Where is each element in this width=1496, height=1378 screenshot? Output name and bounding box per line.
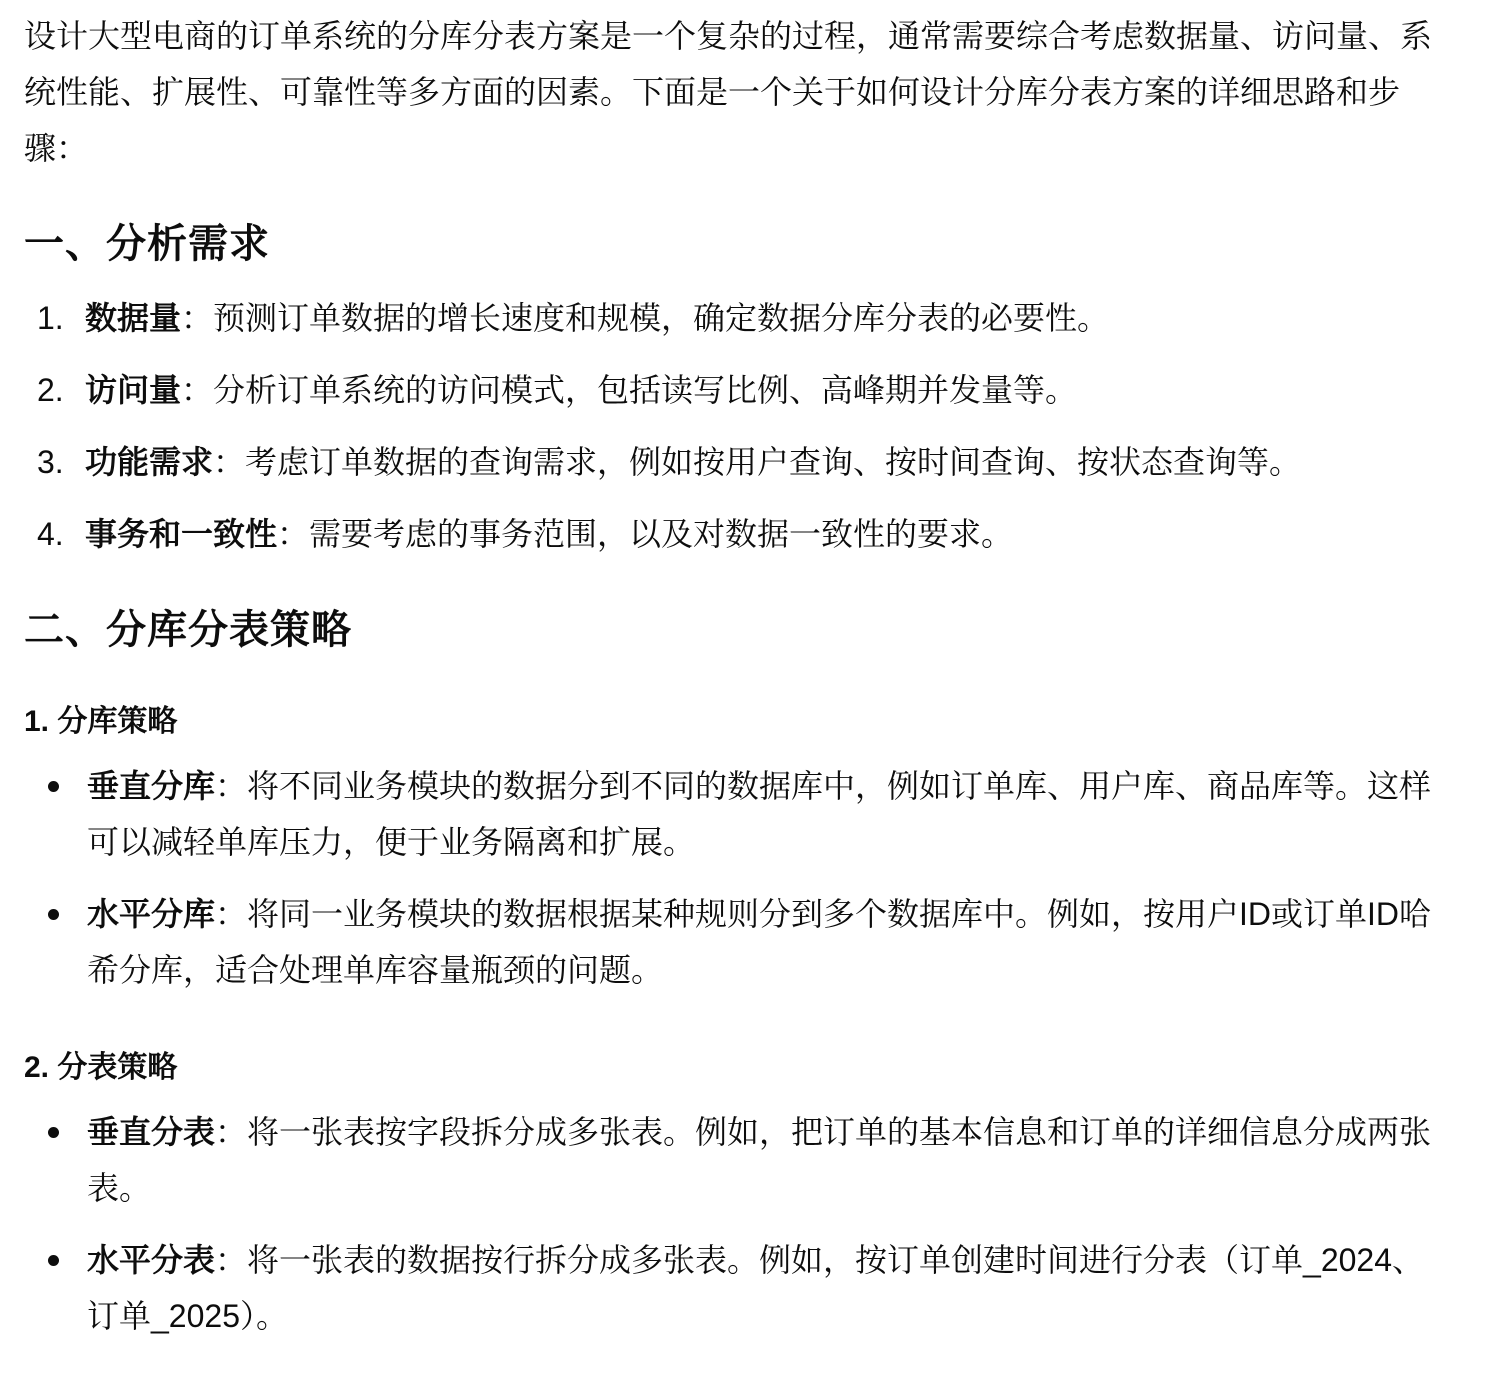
list-item-transactions: 4.事务和一致性：需要考虑的事务范围，以及对数据一致性的要求。 — [24, 506, 1476, 562]
bullet-term: 水平分库 — [87, 896, 215, 932]
bullet-term: 垂直分表 — [87, 1114, 215, 1150]
bullet-item-vertical-db: 垂直分库：将不同业务模块的数据分到不同的数据库中，例如订单库、用户库、商品库等。… — [24, 758, 1476, 870]
bullet-icon — [48, 1255, 59, 1266]
bullet-item-horizontal-db: 水平分库：将同一业务模块的数据根据某种规则分到多个数据库中。例如，按用户ID或订… — [24, 886, 1476, 998]
bullet-icon — [48, 909, 59, 920]
bullet-icon — [48, 1127, 59, 1138]
bullet-item-vertical-table: 垂直分表：将一张表按字段拆分成多张表。例如，把订单的基本信息和订单的详细信息分成… — [24, 1104, 1476, 1216]
list-item-functional-needs: 3.功能需求：考虑订单数据的查询需求，例如按用户查询、按时间查询、按状态查询等。 — [24, 434, 1476, 490]
item-term: 功能需求 — [85, 444, 213, 480]
item-number: 4. — [37, 506, 64, 562]
bullet-icon — [48, 781, 59, 792]
document-body: 设计大型电商的订单系统的分库分表方案是一个复杂的过程，通常需要综合考虑数据量、访… — [0, 0, 1496, 1344]
item-text: ：预测订单数据的增长速度和规模，确定数据分库分表的必要性。 — [181, 300, 1109, 336]
item-text: ：分析订单系统的访问模式，包括读写比例、高峰期并发量等。 — [181, 372, 1077, 408]
subheading-table-sharding: 2. 分表策略 — [24, 1048, 1476, 1088]
bullet-text: ：将不同业务模块的数据分到不同的数据库中，例如订单库、用户库、商品库等。这样 可… — [87, 768, 1431, 860]
item-text: ：需要考虑的事务范围，以及对数据一致性的要求。 — [277, 516, 1013, 552]
item-text: ：考虑订单数据的查询需求，例如按用户查询、按时间查询、按状态查询等。 — [213, 444, 1301, 480]
item-term: 事务和一致性 — [85, 516, 277, 552]
bullet-text: ：将一张表的数据按行拆分成多张表。例如，按订单创建时间进行分表（订单_2024、… — [87, 1242, 1424, 1334]
bullet-term: 垂直分库 — [87, 768, 215, 804]
subheading-db-sharding: 1. 分库策略 — [24, 702, 1476, 742]
db-sharding-list: 垂直分库：将不同业务模块的数据分到不同的数据库中，例如订单库、用户库、商品库等。… — [24, 758, 1476, 998]
item-number: 1. — [37, 290, 64, 346]
item-number: 3. — [37, 434, 64, 490]
section-heading-requirements: 一、分析需求 — [24, 222, 1476, 266]
item-term: 数据量 — [85, 300, 181, 336]
bullet-item-horizontal-table: 水平分表：将一张表的数据按行拆分成多张表。例如，按订单创建时间进行分表（订单_2… — [24, 1232, 1476, 1344]
table-sharding-list: 垂直分表：将一张表按字段拆分成多张表。例如，把订单的基本信息和订单的详细信息分成… — [24, 1104, 1476, 1344]
bullet-text: ：将一张表按字段拆分成多张表。例如，把订单的基本信息和订单的详细信息分成两张 表… — [87, 1114, 1431, 1206]
bullet-term: 水平分表 — [87, 1242, 215, 1278]
item-number: 2. — [37, 362, 64, 418]
list-item-traffic: 2.访问量：分析订单系统的访问模式，包括读写比例、高峰期并发量等。 — [24, 362, 1476, 418]
requirements-list: 1.数据量：预测订单数据的增长速度和规模，确定数据分库分表的必要性。 2.访问量… — [24, 290, 1476, 562]
list-item-data-volume: 1.数据量：预测订单数据的增长速度和规模，确定数据分库分表的必要性。 — [24, 290, 1476, 346]
bullet-text: ：将同一业务模块的数据根据某种规则分到多个数据库中。例如，按用户ID或订单ID哈… — [87, 896, 1431, 988]
item-term: 访问量 — [85, 372, 181, 408]
intro-paragraph: 设计大型电商的订单系统的分库分表方案是一个复杂的过程，通常需要综合考虑数据量、访… — [24, 8, 1476, 176]
section-heading-strategy: 二、分库分表策略 — [24, 608, 1476, 652]
